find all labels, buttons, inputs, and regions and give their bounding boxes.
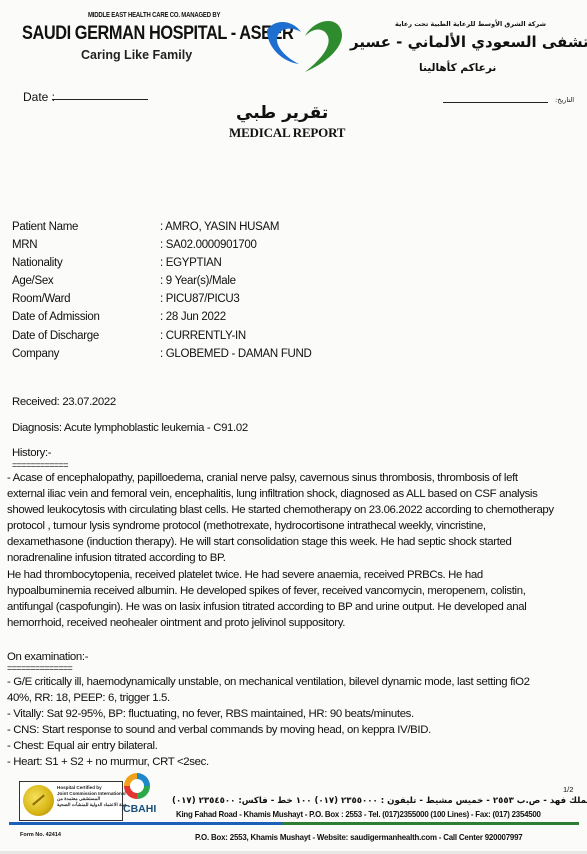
jci-text-line: هيئة الاعتماد الدولية للمنشآت الصحية	[57, 802, 127, 808]
text-line: - Chest: Equal air entry bilateral.	[7, 738, 530, 754]
text-line: - Vitally: Sat 92-95%, BP: fluctuating, …	[7, 706, 530, 722]
jci-seal-icon	[23, 785, 54, 816]
text-line: hemorrhoid, received neohealer ointment …	[7, 615, 554, 631]
patient-info-table: Patient Name: AMRO, YASIN HUSAMMRN: SA02…	[12, 221, 312, 366]
patient-info-label: Room/Ward	[12, 293, 160, 311]
cbahi-logo-icon	[124, 773, 150, 799]
patient-info-row: Date of Discharge: CURRENTLY-IN	[12, 330, 312, 348]
footer-color-bar	[9, 822, 579, 825]
patient-info-label: Company	[12, 348, 160, 366]
company-line: MIDDLE EAST HEALTH CARE CO. MANAGED BY	[88, 12, 220, 19]
ar-tagline: نرعاكم كأهالينا	[419, 62, 496, 74]
patient-info-value: : 28 Jun 2022	[160, 311, 226, 329]
history-separator: ============	[12, 461, 68, 470]
history-heading: History:-	[12, 445, 51, 461]
hospital-tagline: Caring Like Family	[81, 48, 192, 62]
patient-info-row: Room/Ward: PICU87/PICU3	[12, 293, 312, 311]
ar-company-line: شركة الشرق الأوسط للرعاية الطبية تحت رعا…	[395, 20, 546, 28]
examination-separator: ==============	[7, 664, 72, 673]
text-line: noradrenaline infusion titrated accordin…	[7, 550, 554, 566]
jci-text: Hospital Certified byJoint Commission In…	[57, 785, 127, 807]
received-date: Received: 23.07.2022	[12, 394, 116, 410]
jci-certification-badge: Hospital Certified byJoint Commission In…	[19, 781, 123, 821]
text-line: He had thrombocytopenia, received platel…	[7, 567, 554, 583]
cbahi-label: CBAHI	[123, 803, 156, 815]
patient-info-row: Patient Name: AMRO, YASIN HUSAM	[12, 221, 312, 239]
text-line: - Heart: S1 + S2 + no murmur, CRT <2sec.	[7, 754, 530, 770]
date-blank-line	[52, 99, 148, 100]
text-line: protocol , tumour lysis syndrome protoco…	[7, 518, 554, 534]
text-line: showed leukocytosis with circulating bla…	[7, 502, 554, 518]
text-line: external iliac vein and femoral vein, en…	[7, 486, 554, 502]
text-line: - G/E critically ill, haemodynamically u…	[7, 674, 530, 690]
patient-info-row: Company: GLOBEMED - DAMAN FUND	[12, 348, 312, 366]
examination-text: - G/E critically ill, haemodynamically u…	[7, 674, 530, 771]
address-arabic: طريق الملك فهد - ص.ب ٢٥٥٣ - خميس مشيط - …	[172, 796, 587, 806]
page-number: 1/2	[563, 785, 573, 794]
ar-date-label: التاريخ:	[555, 96, 574, 104]
patient-info-value: : EGYPTIAN	[160, 257, 222, 275]
address-english: King Fahad Road - Khamis Mushayt - P.O. …	[176, 809, 541, 819]
text-line: - CNS: Start response to sound and verba…	[7, 722, 530, 738]
patient-info-label: Patient Name	[12, 221, 160, 239]
text-line: - Acase of encephalopathy, papilloedema,…	[7, 470, 554, 486]
form-number: Form No. 42414	[20, 832, 61, 838]
patient-info-label: MRN	[12, 239, 160, 257]
report-title: MEDICAL REPORT	[229, 125, 345, 141]
patient-info-value: : PICU87/PICU3	[160, 293, 240, 311]
patient-info-label: Nationality	[12, 257, 160, 275]
patient-info-row: Date of Admission: 28 Jun 2022	[12, 311, 312, 329]
text-line: hypoalbuminemia received albumin. He dev…	[7, 583, 554, 599]
hospital-name: SAUDI GERMAN HOSPITAL - ASEER	[22, 23, 293, 45]
text-line: dexamethasone (induction therapy). He wi…	[7, 534, 554, 550]
text-line: antifungal (caspofungin). He was on lasi…	[7, 599, 554, 615]
patient-info-row: MRN: SA02.0000901700	[12, 239, 312, 257]
patient-info-value: : AMRO, YASIN HUSAM	[160, 221, 279, 239]
patient-info-value: : GLOBEMED - DAMAN FUND	[160, 348, 312, 366]
patient-info-value: : CURRENTLY-IN	[160, 330, 246, 348]
ar-date-blank-line	[443, 102, 548, 103]
footer-website-line: P.O. Box: 2553, Khamis Mushayt - Website…	[195, 832, 522, 842]
patient-info-value: : 9 Year(s)/Male	[160, 275, 236, 293]
patient-info-row: Age/Sex: 9 Year(s)/Male	[12, 275, 312, 293]
patient-info-label: Age/Sex	[12, 275, 160, 293]
history-text: - Acase of encephalopathy, papilloedema,…	[7, 470, 554, 631]
report-title-arabic: تقرير طبي	[236, 103, 328, 123]
text-line: 40%, RR: 18, PEEP: 6, trigger 1.5.	[7, 690, 530, 706]
date-label: Date :	[23, 90, 55, 104]
hospital-heart-logo-icon	[265, 18, 345, 74]
patient-info-label: Date of Discharge	[12, 330, 160, 348]
patient-info-value: : SA02.0000901700	[160, 239, 257, 257]
patient-info-label: Date of Admission	[12, 311, 160, 329]
ar-hospital-name: المستشفى السعودي الألماني - عسير	[350, 33, 587, 51]
diagnosis: Diagnosis: Acute lymphoblastic leukemia …	[12, 420, 248, 436]
patient-info-row: Nationality: EGYPTIAN	[12, 257, 312, 275]
